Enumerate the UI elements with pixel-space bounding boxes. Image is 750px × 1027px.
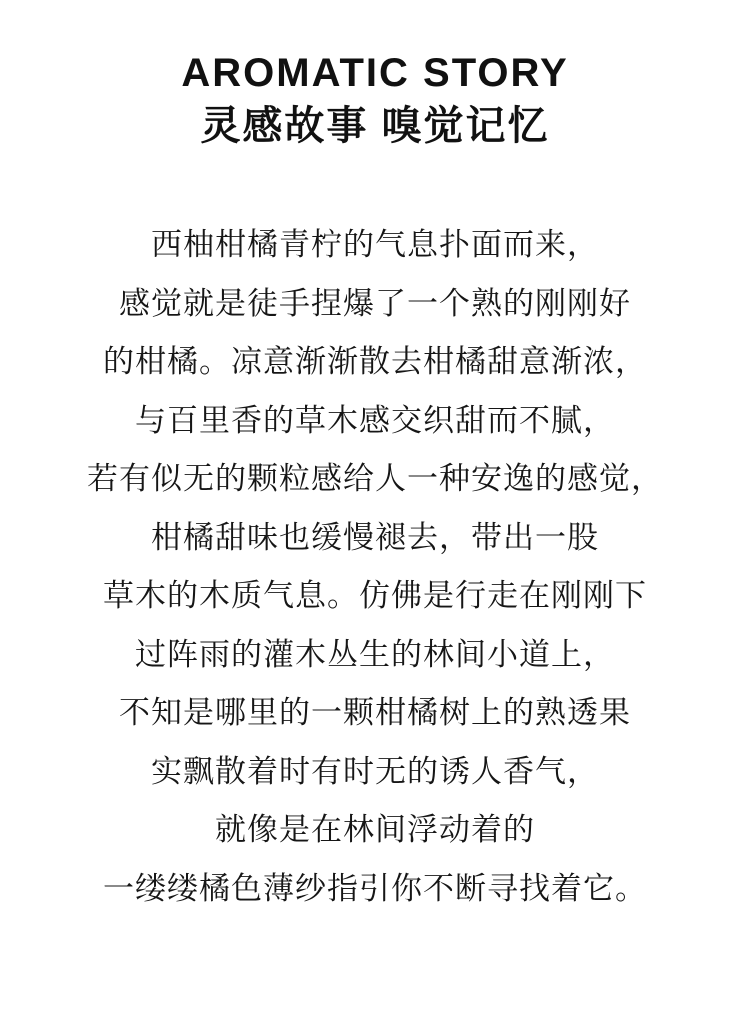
story-line: 感觉就是徒手捏爆了一个熟的刚刚好 [0, 275, 750, 334]
page-title-english: AROMATIC STORY [0, 50, 750, 96]
story-header: AROMATIC STORY 灵感故事 嗅觉记忆 [0, 0, 750, 152]
story-line: 柑橘甜味也缓慢褪去，带出一股 [0, 509, 750, 568]
story-text-block: 西柚柑橘青柠的气息扑面而来， 感觉就是徒手捏爆了一个熟的刚刚好 的柑橘。凉意渐渐… [0, 216, 750, 918]
product-story-page: AROMATIC STORY 灵感故事 嗅觉记忆 西柚柑橘青柠的气息扑面而来， … [0, 0, 750, 1027]
story-line: 就像是在林间浮动着的 [0, 801, 750, 860]
story-line: 不知是哪里的一颗柑橘树上的熟透果 [0, 684, 750, 743]
story-line: 西柚柑橘青柠的气息扑面而来， [0, 216, 750, 275]
story-line: 若有似无的颗粒感给人一种安逸的感觉， [0, 450, 750, 509]
story-line: 草木的木质气息。仿佛是行走在刚刚下 [0, 567, 750, 626]
page-title-chinese: 灵感故事 嗅觉记忆 [0, 100, 750, 152]
story-line: 一缕缕橘色薄纱指引你不断寻找着它。 [0, 860, 750, 919]
story-line: 实飘散着时有时无的诱人香气， [0, 743, 750, 802]
story-line: 的柑橘。凉意渐渐散去柑橘甜意渐浓， [0, 333, 750, 392]
story-line: 过阵雨的灌木丛生的林间小道上， [0, 626, 750, 685]
story-line: 与百里香的草木感交织甜而不腻， [0, 392, 750, 451]
